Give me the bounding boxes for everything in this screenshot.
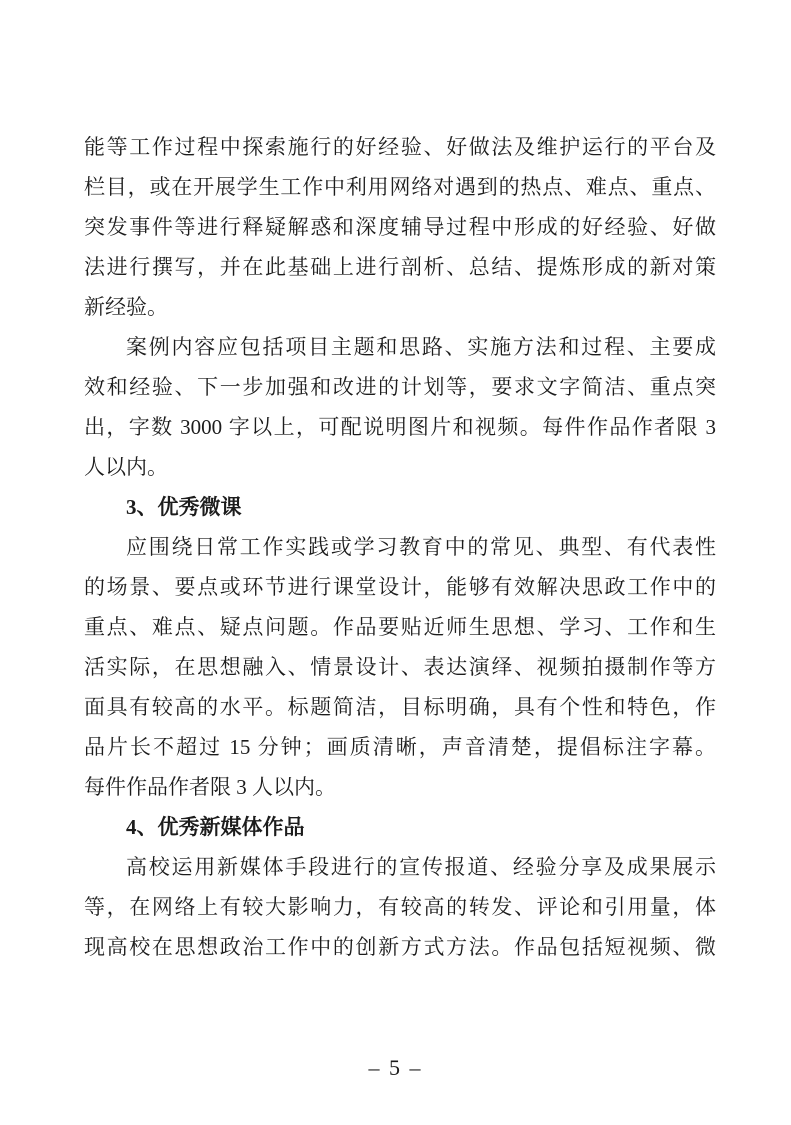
text-line: 案例内容应包括项目主题和思路、实施方法和过程、主要成 bbox=[84, 327, 716, 367]
text-line: 每件作品作者限 3 人以内。 bbox=[84, 767, 716, 807]
document-text-block: 能等工作过程中探索施行的好经验、好做法及维护运行的平台及 栏目，或在开展学生工作… bbox=[84, 127, 716, 967]
text-line: 品片长不超过 15 分钟；画质清晰，声音清楚，提倡标注字幕。 bbox=[84, 727, 716, 767]
text-line: 效和经验、下一步加强和改进的计划等，要求文字简洁、重点突 bbox=[84, 367, 716, 407]
text-line: 新经验。 bbox=[84, 287, 716, 327]
section-heading-4: 4、优秀新媒体作品 bbox=[84, 807, 716, 847]
text-line: 高校运用新媒体手段进行的宣传报道、经验分享及成果展示 bbox=[84, 847, 716, 887]
text-line: 等，在网络上有较大影响力，有较高的转发、评论和引用量，体 bbox=[84, 887, 716, 927]
text-line: 出，字数 3000 字以上，可配说明图片和视频。每件作品作者限 3 bbox=[84, 407, 716, 447]
page-number: – 5 – bbox=[0, 1048, 791, 1088]
document-page: 能等工作过程中探索施行的好经验、好做法及维护运行的平台及 栏目，或在开展学生工作… bbox=[0, 0, 791, 1125]
text-line: 人以内。 bbox=[84, 447, 716, 487]
text-line: 法进行撰写，并在此基础上进行剖析、总结、提炼形成的新对策 bbox=[84, 247, 716, 287]
text-line: 面具有较高的水平。标题简洁，目标明确，具有个性和特色，作 bbox=[84, 687, 716, 727]
text-line: 突发事件等进行释疑解惑和深度辅导过程中形成的好经验、好做 bbox=[84, 207, 716, 247]
text-line: 栏目，或在开展学生工作中利用网络对遇到的热点、难点、重点、 bbox=[84, 167, 716, 207]
text-line: 活实际，在思想融入、情景设计、表达演绎、视频拍摄制作等方 bbox=[84, 647, 716, 687]
text-line: 能等工作过程中探索施行的好经验、好做法及维护运行的平台及 bbox=[84, 127, 716, 167]
text-line: 应围绕日常工作实践或学习教育中的常见、典型、有代表性 bbox=[84, 527, 716, 567]
text-line: 的场景、要点或环节进行课堂设计，能够有效解决思政工作中的 bbox=[84, 567, 716, 607]
text-line: 重点、难点、疑点问题。作品要贴近师生思想、学习、工作和生 bbox=[84, 607, 716, 647]
section-heading-3: 3、优秀微课 bbox=[84, 487, 716, 527]
text-line: 现高校在思想政治工作中的创新方式方法。作品包括短视频、微 bbox=[84, 927, 716, 967]
